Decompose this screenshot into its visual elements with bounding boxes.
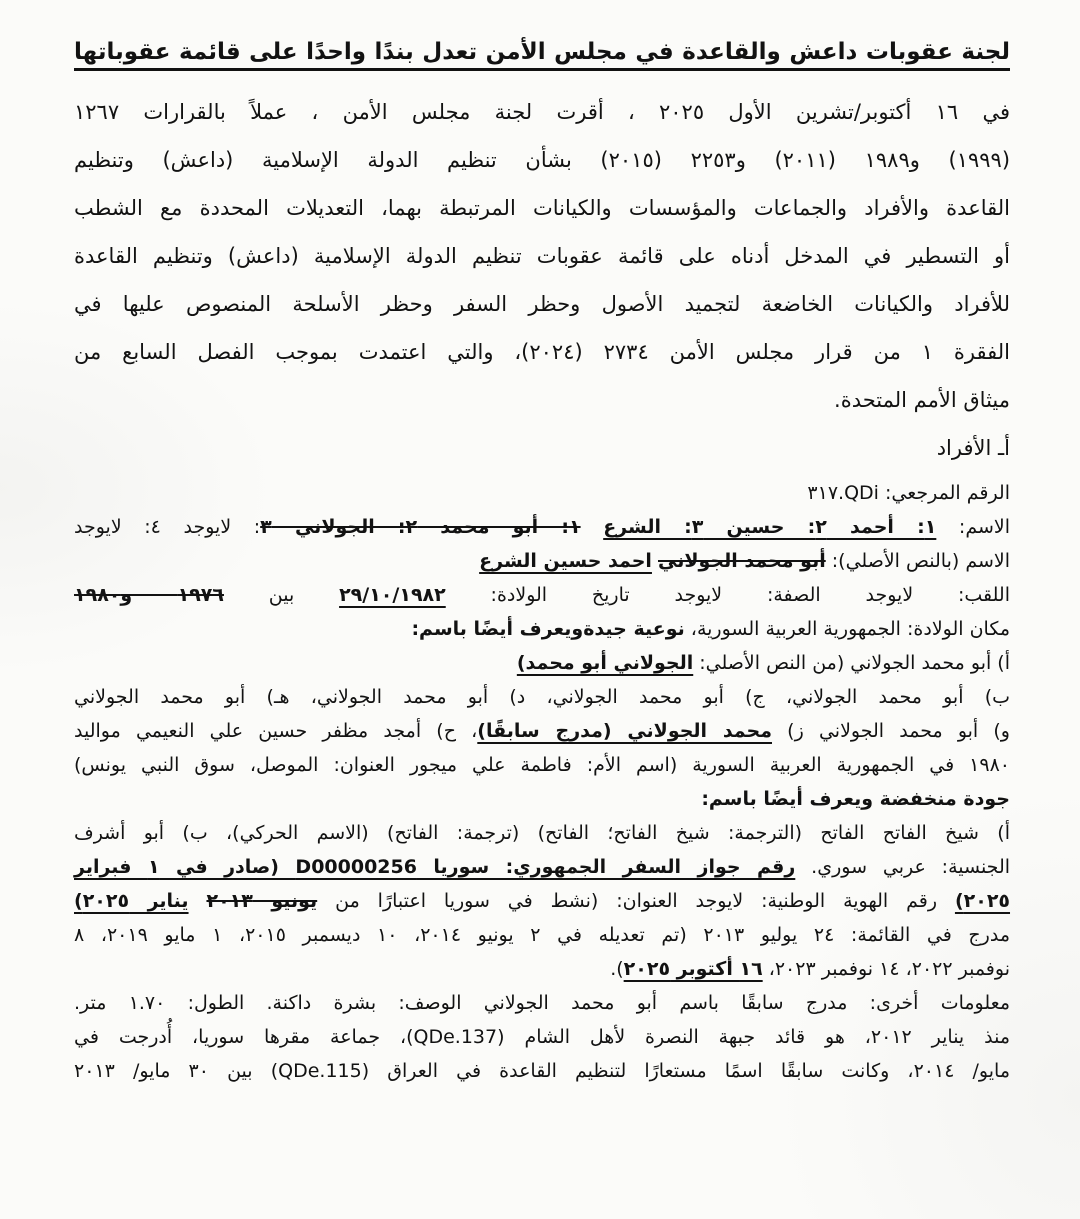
sanctions-entry-details: الرقم المرجعي: QDi.٣١٧الاسم: ١: أحمد ٢: … — [74, 476, 1010, 1088]
intro-line-7: ميثاق الأمم المتحدة. — [74, 376, 1010, 424]
text-segment-plain: منذ يناير ٢٠١٢، هو قائد جبهة النصرة لأهل… — [74, 1026, 1010, 1048]
line-listed-on: مدرج في القائمة: ٢٤ يوليو ٢٠١٣ (تم تعديل… — [74, 918, 1010, 952]
line-reference-number: الرقم المرجعي: QDi.٣١٧ — [74, 476, 1010, 510]
text-segment-plain: أ) أبو محمد الجولاني (من النص الأصلي: — [693, 652, 1010, 674]
line-low-quality-aka-header: جودة منخفضة ويعرف أيضًا باسم: — [74, 782, 1010, 816]
intro-line-4: أو التسطير في المدخل أدناه على قائمة عقو… — [74, 232, 1010, 280]
text-segment-added: محمد الجولاني (مدرج سابقًا) — [477, 720, 772, 742]
intro-paragraph: في ١٦ أكتوبر/تشرين الأول ٢٠٢٥ ، أقرت لجن… — [74, 88, 1010, 472]
text-segment-plain: ميثاق الأمم المتحدة. — [834, 388, 1010, 412]
text-segment-plain: مكان الولادة: الجمهورية العربية السورية، — [685, 618, 1010, 640]
text-segment-added: ١٦ أكتوبر ٢٠٢٥ — [624, 958, 763, 980]
text-segment-plain: مدرج في القائمة: ٢٤ يوليو ٢٠١٣ (تم تعديل… — [74, 924, 1010, 946]
text-segment-bold: جودة منخفضة ويعرف أيضًا باسم: — [701, 788, 1010, 810]
text-segment-added: الجولاني أبو محمد) — [517, 652, 693, 674]
line-name-original-script: الاسم (بالنص الأصلي): أبو محمد الجولاني … — [74, 544, 1010, 578]
text-segment-plain: اللقب: لايوجد الصفة: لايوجد تاريخ الولاد… — [446, 584, 1010, 606]
line-other-info-3: مايو/ ٢٠١٤، وكانت سابقًا اسمًا مستعارًا … — [74, 1054, 1010, 1088]
text-segment-plain: الرقم المرجعي: QDi.٣١٧ — [807, 482, 1010, 504]
text-segment-bold: نوعية جيدةويعرف أيضًا باسم: — [411, 618, 684, 640]
text-segment-plain: (١٩٩٩) و١٩٨٩ (٢٠١١) و٢٢٥٣ (٢٠١٥) بشأن تن… — [74, 148, 1010, 172]
text-segment-removed: يونيو ٢٠١٣ — [206, 890, 317, 912]
line-aka-a: أ) أبو محمد الجولاني (من النص الأصلي: ال… — [74, 646, 1010, 680]
document-title: لجنة عقوبات داعش والقاعدة في مجلس الأمن … — [74, 34, 1010, 70]
text-segment-added: ٢٩/١٠/١٩٨٢ — [339, 584, 446, 606]
text-segment-plain: مايو/ ٢٠١٤، وكانت سابقًا اسمًا مستعارًا … — [74, 1060, 1010, 1082]
text-segment-plain: للأفراد والكيانات الخاضعة لتجميد الأصول … — [74, 292, 1010, 316]
text-segment-plain: معلومات أخرى: مدرج سابقًا باسم أبو محمد … — [74, 992, 1010, 1014]
text-segment-added: ١: أحمد ٢: حسين ٣: الشرع — [603, 516, 936, 538]
text-segment-plain: ، ح) أمجد مظفر حسين علي النعيمي مواليد — [74, 720, 477, 742]
text-segment-plain: ب) أبو محمد الجولاني، ج) أبو محمد الجولا… — [74, 686, 1010, 708]
line-name: الاسم: ١: أحمد ٢: حسين ٣: الشرع ١: أبو م… — [74, 510, 1010, 544]
text-segment-plain: بين — [224, 584, 339, 606]
text-segment-plain: أو التسطير في المدخل أدناه على قائمة عقو… — [74, 244, 1010, 268]
line-low-quality-aka: أ) شيخ الفاتح الفاتح (الترجمة: شيخ الفات… — [74, 816, 1010, 850]
intro-line-1: في ١٦ أكتوبر/تشرين الأول ٢٠٢٥ ، أقرت لجن… — [74, 88, 1010, 136]
text-segment-plain: أ) شيخ الفاتح الفاتح (الترجمة: شيخ الفات… — [74, 822, 1010, 844]
line-other-info-2: منذ يناير ٢٠١٢، هو قائد جبهة النصرة لأهل… — [74, 1020, 1010, 1054]
intro-line-2: (١٩٩٩) و١٩٨٩ (٢٠١١) و٢٢٥٣ (٢٠١٥) بشأن تن… — [74, 136, 1010, 184]
text-segment-plain: ). — [610, 958, 623, 980]
text-segment-plain: الجنسية: عربي سوري. — [795, 856, 1010, 878]
document-page: لجنة عقوبات داعش والقاعدة في مجلس الأمن … — [0, 0, 1080, 1219]
line-nationality-passport: الجنسية: عربي سوري. رقم جواز السفر الجمه… — [74, 850, 1010, 884]
text-segment-plain: في ١٦ أكتوبر/تشرين الأول ٢٠٢٥ ، أقرت لجن… — [74, 100, 1010, 124]
text-segment-plain: أـ الأفراد — [937, 436, 1010, 460]
text-segment-plain: القاعدة والأفراد والجماعات والمؤسسات وال… — [74, 196, 1010, 220]
intro-line-5: للأفراد والكيانات الخاضعة لتجميد الأصول … — [74, 280, 1010, 328]
text-segment-plain — [189, 890, 207, 912]
text-segment-added: رقم جواز السفر الجمهوري: سوريا D00000256… — [74, 856, 795, 878]
text-segment-plain: ١٩٨٠ في الجمهورية العربية السورية (اسم ا… — [74, 754, 1010, 776]
line-place-of-birth: مكان الولادة: الجمهورية العربية السورية،… — [74, 612, 1010, 646]
line-aka-h-details: ١٩٨٠ في الجمهورية العربية السورية (اسم ا… — [74, 748, 1010, 782]
text-segment-removed: أبو محمد الجولاني — [658, 550, 826, 572]
text-segment-plain: : لايوجد ٤: لايوجد — [74, 516, 260, 538]
text-segment-plain: الفقرة ١ من قرار مجلس الأمن ٢٧٣٤ (٢٠٢٤)،… — [74, 340, 1010, 364]
text-segment-plain: نوفمبر ٢٠٢٢، ١٤ نوفمبر ٢٠٢٣، — [763, 958, 1010, 980]
text-segment-removed: ١: أبو محمد ٢: الجولاني ٣ — [260, 516, 580, 538]
text-segment-plain — [581, 516, 604, 538]
line-national-id-address: ٢٠٢٥) رقم الهوية الوطنية: لايوجد العنوان… — [74, 884, 1010, 918]
intro-line-6: الفقرة ١ من قرار مجلس الأمن ٢٧٣٤ (٢٠٢٤)،… — [74, 328, 1010, 376]
text-segment-removed: ١٩٧٦ و١٩٨٠ — [74, 584, 224, 606]
intro-line-3: القاعدة والأفراد والجماعات والمؤسسات وال… — [74, 184, 1010, 232]
text-segment-added: احمد حسين الشرع — [479, 550, 652, 572]
line-title-designation-dob: اللقب: لايوجد الصفة: لايوجد تاريخ الولاد… — [74, 578, 1010, 612]
text-segment-plain: الاسم: — [936, 516, 1010, 538]
section-individuals: أـ الأفراد — [74, 424, 1010, 472]
text-segment-plain: رقم الهوية الوطنية: لايوجد العنوان: (نشط… — [317, 890, 955, 912]
text-segment-added: ٢٠٢٥) — [955, 890, 1010, 912]
line-aka-b-e: ب) أبو محمد الجولاني، ج) أبو محمد الجولا… — [74, 680, 1010, 714]
line-aka-f-h: و) أبو محمد الجولاني ز) محمد الجولاني (م… — [74, 714, 1010, 748]
line-amendment-dates: نوفمبر ٢٠٢٢، ١٤ نوفمبر ٢٠٢٣، ١٦ أكتوبر ٢… — [74, 952, 1010, 986]
text-segment-plain: الاسم (بالنص الأصلي): — [826, 550, 1010, 572]
text-segment-added: يناير ٢٠٢٥) — [74, 890, 189, 912]
text-segment-plain: و) أبو محمد الجولاني ز) — [772, 720, 1010, 742]
line-other-info-1: معلومات أخرى: مدرج سابقًا باسم أبو محمد … — [74, 986, 1010, 1020]
